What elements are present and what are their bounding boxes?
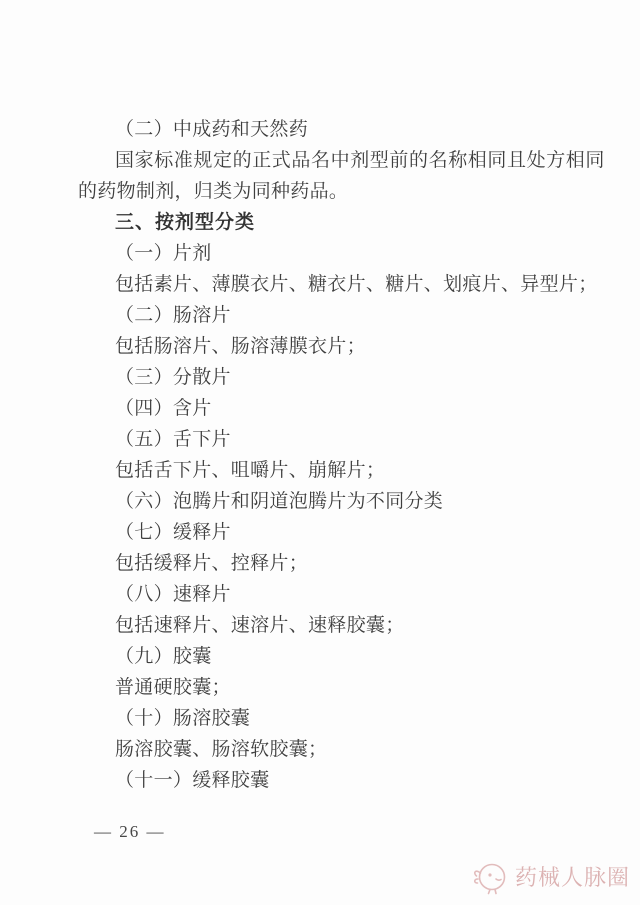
text-line: （二）肠溶片 bbox=[78, 300, 562, 331]
text-line: （一）片剂 bbox=[78, 238, 562, 269]
text-line: （五）舌下片 bbox=[78, 424, 562, 455]
text-line: 包括缓释片、控释片； bbox=[78, 548, 562, 579]
text-line: （四）含片 bbox=[78, 393, 562, 424]
text-line: （三）分散片 bbox=[78, 362, 562, 393]
text-line: 国家标准规定的正式品名中剂型前的名称相同且处方相同 bbox=[78, 145, 562, 176]
text-line: 肠溶胶囊、肠溶软胶囊； bbox=[78, 734, 562, 765]
text-line: （二）中成药和天然药 bbox=[78, 114, 562, 145]
document-page: （二）中成药和天然药国家标准规定的正式品名中剂型前的名称相同且处方相同的药物制剂… bbox=[0, 0, 640, 905]
text-line: （九）胶囊 bbox=[78, 641, 562, 672]
document-body: （二）中成药和天然药国家标准规定的正式品名中剂型前的名称相同且处方相同的药物制剂… bbox=[78, 114, 562, 796]
text-line: （七）缓释片 bbox=[78, 517, 562, 548]
section-heading: 三、按剂型分类 bbox=[78, 207, 562, 238]
page-number: — 26 — bbox=[94, 822, 166, 842]
text-line: （六）泡腾片和阴道泡腾片为不同分类 bbox=[78, 486, 562, 517]
watermark-text: 药械人脉圈 bbox=[515, 861, 630, 892]
text-line: 包括素片、薄膜衣片、糖衣片、糖片、划痕片、异型片； bbox=[78, 269, 562, 300]
text-line: 的药物制剂，归类为同种药品。 bbox=[78, 176, 562, 207]
text-line: 包括速释片、速溶片、速释胶囊； bbox=[78, 610, 562, 641]
mascot-chick-icon bbox=[470, 855, 510, 897]
text-line: 普通硬胶囊； bbox=[78, 672, 562, 703]
watermark: 药械人脉圈 bbox=[470, 855, 630, 897]
text-line: 包括肠溶片、肠溶薄膜衣片； bbox=[78, 331, 562, 362]
text-line: （十）肠溶胶囊 bbox=[78, 703, 562, 734]
text-line: 包括舌下片、咀嚼片、崩解片； bbox=[78, 455, 562, 486]
text-line: （十一）缓释胶囊 bbox=[78, 765, 562, 796]
text-line: （八）速释片 bbox=[78, 579, 562, 610]
